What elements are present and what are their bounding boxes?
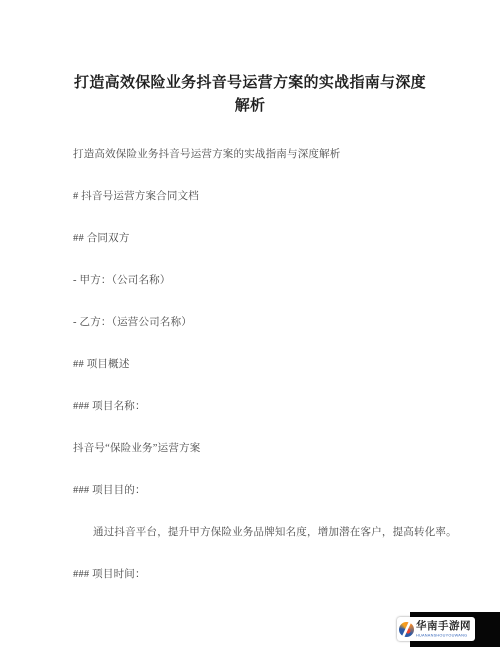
paragraph: 打造高效保险业务抖音号运营方案的实战指南与深度解析 (73, 148, 460, 161)
document-title: 打造高效保险业务抖音号运营方案的实战指南与深度 解析 (48, 72, 452, 118)
paragraph: - 乙方：（运营公司名称） (73, 316, 460, 329)
logo-text-block: 华南手游网 HUANANSHOUYOUWANG (416, 620, 473, 639)
watermark-logo: 华南手游网 HUANANSHOUYOUWANG (397, 617, 475, 641)
document-body: 打造高效保险业务抖音号运营方案的实战指南与深度解析 # 抖音号运营方案合同文档 … (73, 148, 460, 581)
document-title-line1: 打造高效保险业务抖音号运营方案的实战指南与深度 (48, 72, 452, 95)
paragraph: # 抖音号运营方案合同文档 (73, 190, 460, 203)
logo-icon (399, 622, 414, 637)
paragraph: ### 项目时间： (73, 568, 460, 581)
logo-name: 华南手游网 (416, 620, 473, 632)
document-title-line2: 解析 (48, 95, 452, 118)
paragraph: ## 项目概述 (73, 358, 460, 371)
paragraph: 通过抖音平台，提升甲方保险业务品牌知名度，增加潜在客户，提高转化率。 (73, 526, 460, 539)
paragraph: ### 项目名称： (73, 400, 460, 413)
logo-tagline: HUANANSHOUYOUWANG (416, 633, 447, 637)
paragraph: - 甲方：（公司名称） (73, 274, 460, 287)
paragraph: ### 项目目的： (73, 484, 460, 497)
paragraph: ## 合同双方 (73, 232, 460, 245)
paragraph: 抖音号“保险业务”运营方案 (73, 442, 460, 455)
